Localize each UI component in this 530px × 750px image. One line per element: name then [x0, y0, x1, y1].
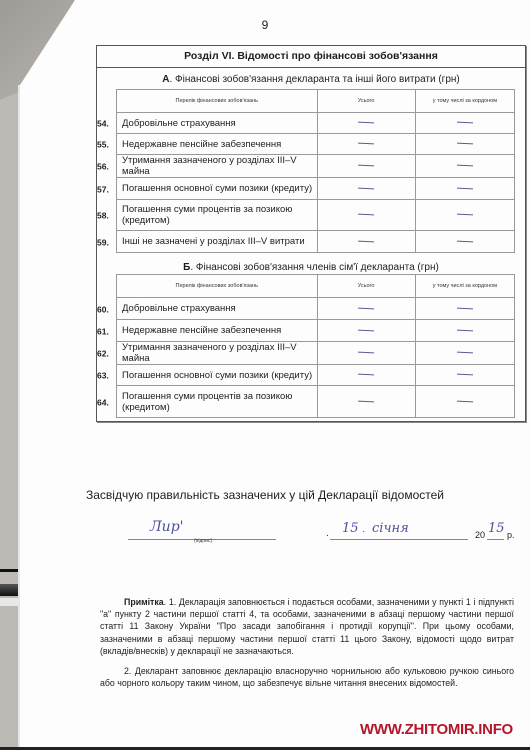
part-b-title-text: . Фінансові зобов'язання членів сім'ї де… [190, 262, 438, 273]
row-label: 60.Добровільне страхування [117, 298, 318, 320]
row-number: 56. [97, 162, 109, 173]
handwritten-dash [358, 374, 374, 376]
row-number: 63. [97, 371, 109, 382]
row-label: 59.Інші не зазначені у розділах III–V ви… [117, 231, 318, 253]
row-number: 58. [97, 211, 109, 222]
year-prefix: 20 [475, 530, 485, 540]
row-label-text: Недержавне пенсійне забезпечення [122, 325, 281, 336]
handwritten-dash [457, 307, 473, 309]
table-row: 58.Погашення суми процентів за позикою (… [117, 200, 515, 231]
row-label-text: Утримання зазначеного у розділах III–V м… [122, 342, 297, 364]
column-header-list: Перелік фінансових зобов'язань [117, 275, 318, 298]
cell-total [317, 134, 415, 155]
row-number: 64. [97, 397, 109, 408]
row-label-text: Інші не зазначені у розділах III–V витра… [122, 236, 305, 247]
row-label: 64.Погашення суми процентів за позикою (… [117, 386, 318, 418]
cell-abroad [415, 298, 514, 320]
signature: Лир' [150, 519, 184, 535]
row-label: 57.Погашення основної суми позики (креди… [117, 178, 318, 200]
row-number: 62. [97, 349, 109, 360]
cell-abroad [415, 113, 514, 134]
row-label: 63.Погашення основної суми позики (креди… [117, 365, 318, 386]
background-band [0, 584, 18, 596]
handwritten-dash [358, 187, 374, 189]
handwritten-dash [358, 307, 374, 309]
cell-total [317, 342, 415, 365]
row-label: 56.Утримання зазначеного у розділах III–… [117, 155, 318, 178]
row-number: 59. [97, 237, 109, 248]
table-row: 54.Добровільне страхування [117, 113, 515, 134]
cell-total [317, 155, 415, 178]
row-number: 54. [97, 119, 109, 130]
row-label: 54.Добровільне страхування [117, 113, 318, 134]
handwritten-dash [358, 352, 374, 354]
cell-abroad [415, 200, 514, 231]
table-row: 61.Недержавне пенсійне забезпечення [117, 320, 515, 342]
column-header-total: Усього [317, 90, 415, 113]
handwritten-dash [358, 143, 374, 145]
column-header-total: Усього [317, 275, 415, 298]
cell-abroad [415, 365, 514, 386]
handwritten-dash [457, 400, 473, 402]
handwritten-dash [358, 214, 374, 216]
section-title: Розділ VI. Відомості про фінансові зобов… [97, 46, 525, 68]
note-label: Примітка [124, 597, 164, 607]
handwritten-dash [457, 352, 473, 354]
handwritten-dash [457, 329, 473, 331]
handwritten-dash [358, 400, 374, 402]
row-label: 62.Утримання зазначеного у розділах III–… [117, 342, 318, 365]
table-row: 63.Погашення основної суми позики (креди… [117, 365, 515, 386]
table-row: 62.Утримання зазначеного у розділах III–… [117, 342, 515, 365]
date-quote-mark: . [326, 528, 329, 539]
handwritten-dash [457, 122, 473, 124]
column-header-abroad: у тому числі за кордоном [415, 90, 514, 113]
background-band [0, 569, 18, 572]
handwritten-dash [358, 329, 374, 331]
handwritten-dash [358, 240, 374, 242]
row-label-text: Погашення суми процентів за позикою (кре… [122, 204, 292, 226]
cell-total [317, 113, 415, 134]
cell-abroad [415, 342, 514, 365]
cell-total [317, 298, 415, 320]
table-row: 55.Недержавне пенсійне забезпечення [117, 134, 515, 155]
cell-abroad [415, 386, 514, 418]
date-separator: · [362, 526, 365, 537]
handwritten-dash [358, 122, 374, 124]
certification-statement: Засвідчую правильність зазначених у цій … [0, 488, 530, 502]
cell-total [317, 178, 415, 200]
part-a-table: Перелік фінансових зобов'язань Усього у … [116, 89, 515, 253]
part-a-title: А. Фінансові зобов'язання декларанта та … [97, 74, 525, 85]
signature-caption: (підпис) [194, 538, 212, 544]
row-label-text: Добровільне страхування [122, 303, 236, 314]
column-header-list: Перелік фінансових зобов'язань [117, 90, 318, 113]
row-number: 57. [97, 184, 109, 195]
table-row: 59.Інші не зазначені у розділах III–V ви… [117, 231, 515, 253]
handwritten-dash [457, 187, 473, 189]
date-day: 15 [342, 521, 359, 536]
row-label-text: Утримання зазначеного у розділах III–V м… [122, 155, 297, 177]
year-unit: р. [507, 530, 515, 540]
row-number: 60. [97, 304, 109, 315]
handwritten-dash [457, 143, 473, 145]
year-suffix: 15 [488, 521, 505, 536]
cell-total [317, 200, 415, 231]
part-b-title: Б. Фінансові зобов'язання членів сім'ї д… [97, 262, 525, 273]
note-2-text: 2. Декларант заповнює декларацію власнор… [100, 666, 514, 688]
table-row: 60.Добровільне страхування [117, 298, 515, 320]
row-label: 55.Недержавне пенсійне забезпечення [117, 134, 318, 155]
row-label-text: Погашення основної суми позики (кредиту) [122, 183, 312, 194]
page-number: 9 [0, 18, 530, 32]
row-label-text: Добровільне страхування [122, 118, 236, 129]
cell-abroad [415, 134, 514, 155]
row-label: 58.Погашення суми процентів за позикою (… [117, 200, 318, 231]
row-label: 61.Недержавне пенсійне забезпечення [117, 320, 318, 342]
note-2: 2. Декларант заповнює декларацію власнор… [100, 665, 514, 689]
cell-abroad [415, 178, 514, 200]
cell-total [317, 386, 415, 418]
column-header-abroad: у тому числі за кордоном [415, 275, 514, 298]
note-1: Примітка. 1. Декларація заповнюється і п… [100, 596, 514, 657]
row-label-text: Погашення суми процентів за позикою (кре… [122, 391, 292, 413]
handwritten-dash [457, 240, 473, 242]
part-a-title-text: . Фінансові зобов'язання декларанта та і… [169, 74, 459, 85]
table-row: 57.Погашення основної суми позики (креди… [117, 178, 515, 200]
background-band [0, 598, 18, 606]
table-row: 56.Утримання зазначеного у розділах III–… [117, 155, 515, 178]
handwritten-dash [358, 165, 374, 167]
cell-total [317, 365, 415, 386]
section-vi-frame: Розділ VI. Відомості про фінансові зобов… [96, 45, 526, 422]
year-line [487, 539, 504, 540]
row-label-text: Недержавне пенсійне забезпечення [122, 139, 281, 150]
date-line [330, 539, 468, 540]
row-label-text: Погашення основної суми позики (кредиту) [122, 370, 312, 381]
cell-total [317, 320, 415, 342]
handwritten-dash [457, 214, 473, 216]
date-month: січня [372, 521, 409, 536]
cell-abroad [415, 155, 514, 178]
row-number: 61. [97, 326, 109, 337]
table-row: 64.Погашення суми процентів за позикою (… [117, 386, 515, 418]
handwritten-dash [457, 374, 473, 376]
cell-total [317, 231, 415, 253]
watermark: WWW.ZHITOMIR.INFO [360, 721, 513, 738]
part-b-table: Перелік фінансових зобов'язань Усього у … [116, 274, 515, 418]
cell-abroad [415, 320, 514, 342]
handwritten-dash [457, 165, 473, 167]
cell-abroad [415, 231, 514, 253]
row-number: 55. [97, 140, 109, 151]
